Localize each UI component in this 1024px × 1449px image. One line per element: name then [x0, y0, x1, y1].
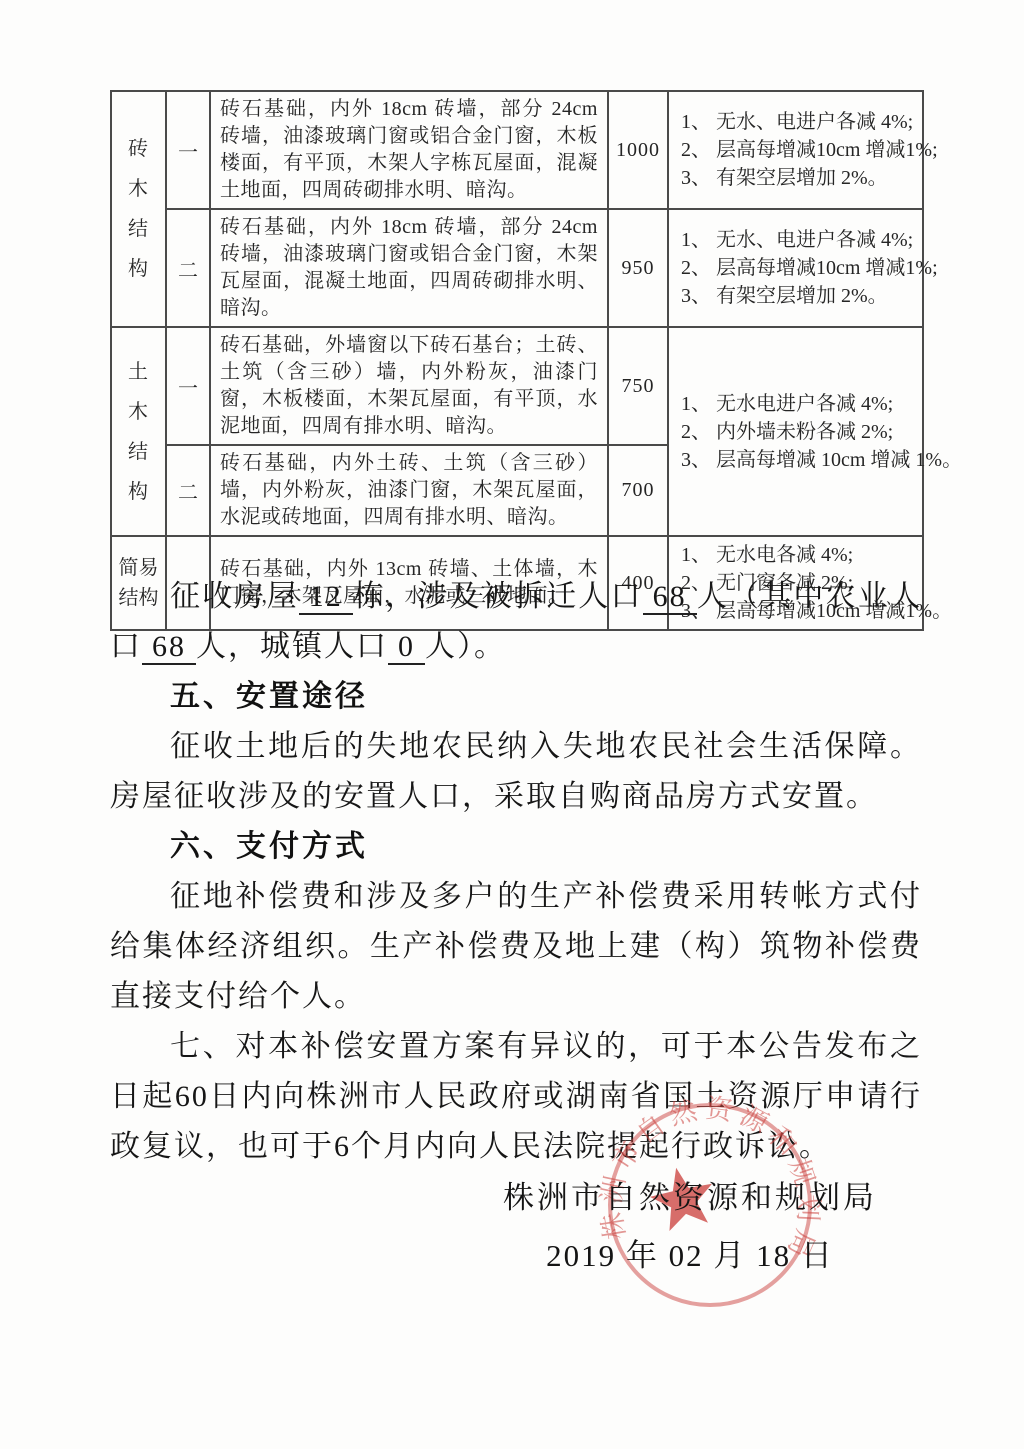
price-cell: 1000	[608, 91, 668, 209]
table-row: 二 砖石基础，内外 18cm 砖墙，部分 24cm 砖墙，油漆玻璃门窗或铝合金门…	[111, 209, 923, 327]
grade-cell: 一	[166, 91, 210, 209]
grade-cell: 一	[166, 327, 210, 445]
description-cell: 砖石基础，内外 18cm 砖墙，部分 24cm 砖墙，油漆玻璃门窗或铝合金门窗，…	[210, 91, 608, 209]
text-run: 人）。	[425, 630, 506, 663]
structure-category-cell: 砖木结构	[111, 91, 166, 327]
description-cell: 砖石基础，内外 18cm 砖墙，部分 24cm 砖墙，油漆玻璃门窗或铝合金门窗，…	[210, 209, 608, 327]
description-cell: 砖石基础，外墙窗以下砖石基台；土砖、土筑（含三砂）墙，内外粉灰，油漆门窗，木板楼…	[210, 327, 608, 445]
notes-cell: 1、 无水、电进户各减 4%;2、 层高每增减10cm 增减1%;3、 有架空层…	[668, 91, 923, 209]
text-run: 人，城镇人口	[196, 630, 388, 663]
notes-list: 1、 无水、电进户各减 4%;2、 层高每增减10cm 增减1%;3、 有架空层…	[681, 226, 918, 310]
section-heading-5: 五、安置途径	[110, 672, 922, 722]
description-cell: 砖石基础，内外土砖、土筑（含三砂）墙，内外粉灰，油漆门窗，木架瓦屋面，水泥或砖地…	[210, 445, 608, 536]
document-page: 砖木结构 一 砖石基础，内外 18cm 砖墙，部分 24cm 砖墙，油漆玻璃门窗…	[0, 0, 1024, 1449]
compensation-table: 砖木结构 一 砖石基础，内外 18cm 砖墙，部分 24cm 砖墙，油漆玻璃门窗…	[110, 90, 924, 631]
price-cell: 950	[608, 209, 668, 327]
relocated-people-value: 68	[643, 580, 697, 615]
category-label: 砖木结构	[112, 129, 165, 289]
text-run: 栋，涉及被拆迁人口	[353, 580, 643, 613]
notes-list: 1、 无水、电进户各减 4%;2、 层高每增减10cm 增减1%;3、 有架空层…	[681, 108, 918, 192]
grade-cell: 二	[166, 445, 210, 536]
table-row: 砖木结构 一 砖石基础，内外 18cm 砖墙，部分 24cm 砖墙，油漆玻璃门窗…	[111, 91, 923, 209]
signature-date: 2019 年 02 月 18 日	[500, 1230, 880, 1275]
category-label: 土木结构	[112, 352, 165, 512]
notes-cell: 1、 无水、电进户各减 4%;2、 层高每增减10cm 增减1%;3、 有架空层…	[668, 209, 923, 327]
signature-agency: 株洲市自然资源和规划局	[500, 1172, 880, 1217]
grade-cell: 二	[166, 209, 210, 327]
price-cell: 700	[608, 445, 668, 536]
urban-people-value: 0	[388, 630, 425, 665]
signature-block: 株洲市自然资源和规划局 2019 年 02 月 18 日	[500, 1172, 880, 1275]
paragraph-resettlement: 征收土地后的失地农民纳入失地农民社会生活保障。房屋征收涉及的安置人口，采取自购商…	[110, 722, 922, 822]
paragraph-statistics: 征收房屋12栋，涉及被拆迁人口68人（其中农业人口68人，城镇人口0人）。	[110, 572, 922, 672]
agricultural-people-value: 68	[142, 630, 196, 665]
paragraph-payment: 征地补偿费和涉及多户的生产补偿费采用转帐方式付给集体经济组织。生产补偿费及地上建…	[110, 872, 922, 1022]
section-heading-6: 六、支付方式	[110, 822, 922, 872]
table-row: 土木结构 一 砖石基础，外墙窗以下砖石基台；土砖、土筑（含三砂）墙，内外粉灰，油…	[111, 327, 923, 445]
structure-category-cell: 土木结构	[111, 327, 166, 536]
houses-count-value: 12	[299, 580, 353, 615]
body-text: 征收房屋12栋，涉及被拆迁人口68人（其中农业人口68人，城镇人口0人）。 五、…	[110, 572, 922, 1172]
text-run: 征收房屋	[170, 580, 299, 613]
notes-cell: 1、 无水电进户各减 4%;2、 内外墙未粉各减 2%;3、 层高每增减 10c…	[668, 327, 923, 536]
notes-list: 1、 无水电进户各减 4%;2、 内外墙未粉各减 2%;3、 层高每增减 10c…	[681, 390, 918, 474]
paragraph-objection: 七、对本补偿安置方案有异议的，可于本公告发布之日起60日内向株洲市人民政府或湖南…	[110, 1022, 922, 1172]
price-cell: 750	[608, 327, 668, 445]
